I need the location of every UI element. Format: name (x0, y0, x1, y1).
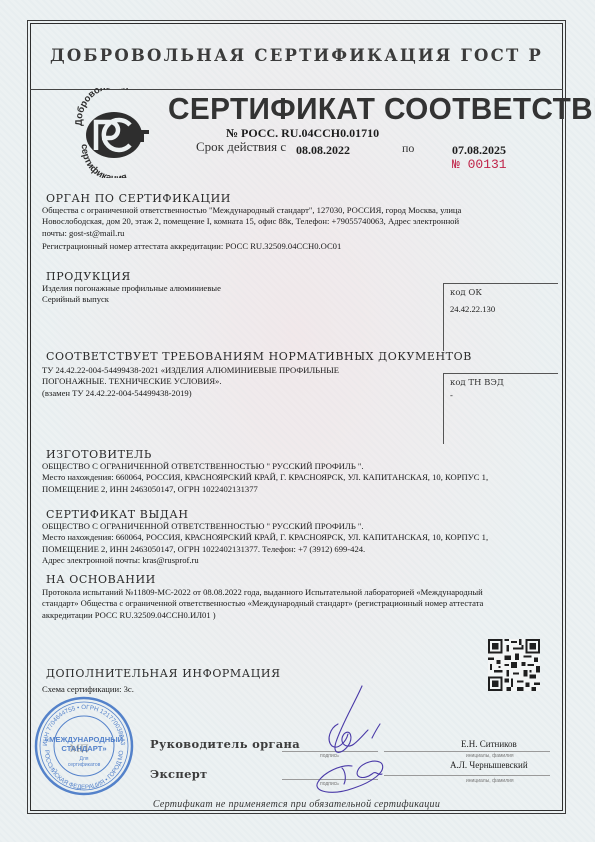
issued-to-details: ОБЩЕСТВО С ОГРАНИЧЕННОЙ ОТВЕТСТВЕННОСТЬЮ… (42, 521, 488, 566)
head-of-body-role: Руководитель органа (150, 737, 300, 751)
tn-ved-code-box: код ТН ВЭД - (443, 373, 558, 444)
section-heading-additional-info: ДОПОЛНИТЕЛЬНАЯ ИНФОРМАЦИЯ (46, 667, 281, 680)
text-line: ТУ 24.42.22-004-54499438-2021 «ИЗДЕЛИЯ А… (42, 365, 339, 376)
svg-text:сертификатов: сертификатов (68, 762, 101, 768)
okpd-code-box: код ОК 24.42.22.130 (443, 283, 558, 351)
validity-label: Срок действия с (196, 139, 286, 155)
section-heading-product: ПРОДУКЦИЯ (46, 270, 131, 283)
blank-serial-number: № 00131 (452, 157, 507, 172)
text-line: почты: gost-st@mail.ru (42, 228, 461, 239)
text-line: стандарт» Общества с ограниченной ответс… (42, 598, 483, 609)
expert-role: Эксперт (150, 767, 207, 781)
valid-to-date: 07.08.2025 (452, 143, 506, 158)
valid-from-date: 08.08.2022 (296, 143, 350, 158)
svg-text:МП: МП (69, 741, 89, 755)
text-line: Место нахождения: 660064, РОССИЯ, КРАСНО… (42, 532, 488, 543)
head-name: Е.Н. Ситников (461, 739, 517, 749)
expert-name: А.Л. Чернышевский (450, 760, 528, 770)
certification-body-details: Общества с ограниченной ответственностью… (42, 205, 461, 252)
certification-system-title: ДОБРОВОЛЬНАЯ СЕРТИФИКАЦИЯ ГОСТ Р (30, 46, 563, 65)
product-details: Изделия погонажные профильные алюминиевы… (42, 283, 221, 306)
section-heading-manufacturer: ИЗГОТОВИТЕЛЬ (46, 448, 152, 461)
head-name-caption: инициалы, фамилия (466, 753, 514, 759)
document-title: СЕРТИФИКАТ СООТВЕТСТВИЯ (168, 91, 595, 127)
expert-name-caption: инициалы, фамилия (466, 778, 514, 784)
text-line: Общества с ограниченной ответственностью… (42, 205, 461, 216)
text-line: ПОМЕЩЕНИЕ 2, ИНН 2463050147, ОГРН 102240… (42, 484, 488, 495)
text-line: Место нахождения: 660064, РОССИЯ, КРАСНО… (42, 472, 488, 483)
handwritten-signature-icon (302, 684, 412, 804)
tn-ved-code-value: - (450, 390, 453, 400)
disclaimer-note: Сертификат не применяется при обязательн… (30, 799, 563, 810)
section-heading-conformity: СООТВЕТСТВУЕТ ТРЕБОВАНИЯМ НОРМАТИВНЫХ ДО… (46, 350, 472, 363)
text-line: Адрес электронной почты: kras@rusprof.ru (42, 555, 488, 566)
text-line: Изделия погонажные профильные алюминиевы… (42, 283, 221, 294)
section-heading-issued-to: СЕРТИФИКАТ ВЫДАН (46, 508, 189, 521)
text-line: Регистрационный номер аттестата аккредит… (42, 241, 461, 252)
rst-certification-logo-icon: Добровольная сертификация (72, 88, 158, 178)
text-line: ОБЩЕСТВО С ОГРАНИЧЕННОЙ ОТВЕТСТВЕННОСТЬЮ… (42, 461, 488, 472)
text-line: ПОМЕЩЕНИЕ 2, ИНН 2463050147, ОГРН 102240… (42, 544, 488, 555)
valid-to-label: по (402, 141, 414, 156)
okpd-code-label: код ОК (450, 288, 482, 298)
text-line: Серийный выпуск (42, 294, 221, 305)
section-heading-certification-body: ОРГАН ПО СЕРТИФИКАЦИИ (46, 192, 231, 205)
text-line: ОБЩЕСТВО С ОГРАНИЧЕННОЙ ОТВЕТСТВЕННОСТЬЮ… (42, 521, 488, 532)
qr-code-icon[interactable] (488, 639, 540, 691)
text-line: Новослободская, дом 20, этаж 2, помещени… (42, 216, 461, 227)
text-line: аккредитации РОСС RU.32509.04ССН0.ИЛ01 ) (42, 610, 483, 621)
manufacturer-details: ОБЩЕСТВО С ОГРАНИЧЕННОЙ ОТВЕТСТВЕННОСТЬЮ… (42, 461, 488, 495)
text-line: ПОГОНАЖНЫЕ. ТЕХНИЧЕСКИЕ УСЛОВИЯ». (42, 376, 339, 387)
basis-details: Протокола испытаний №11809-МС-2022 от 08… (42, 587, 483, 621)
organization-seal-icon: ИНН 7704644755 • ОГРН 1217700386430 РОСС… (33, 692, 135, 800)
tn-ved-code-label: код ТН ВЭД (450, 378, 504, 388)
section-heading-basis: НА ОСНОВАНИИ (46, 573, 156, 586)
conformity-details: ТУ 24.42.22-004-54499438-2021 «ИЗДЕЛИЯ А… (42, 365, 339, 399)
text-line: (взамен ТУ 24.42.22-004-54499438-2019) (42, 388, 339, 399)
text-line: Протокола испытаний №11809-МС-2022 от 08… (42, 587, 483, 598)
okpd-code-value: 24.42.22.130 (450, 304, 495, 314)
